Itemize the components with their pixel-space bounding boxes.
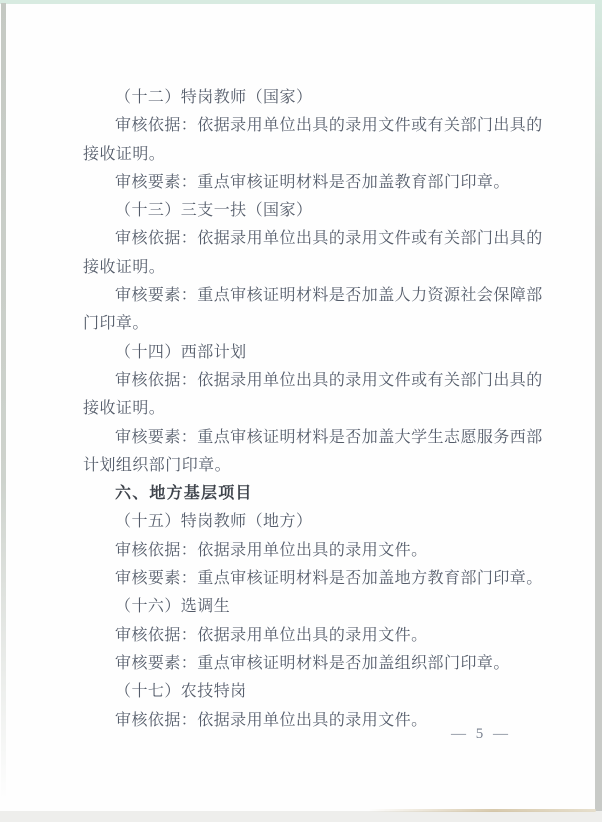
- text-line: 接收证明。: [83, 254, 543, 282]
- text-line: 审核要素：重点审核证明材料是否加盖人力资源社会保障部: [83, 282, 543, 310]
- text-line: 审核依据：依据录用单位出具的录用文件或有关部门出具的: [83, 367, 543, 395]
- text-line: 审核要素：重点审核证明材料是否加盖教育部门印章。: [83, 169, 543, 197]
- text-line: 审核依据：依据录用单位出具的录用文件。: [83, 622, 543, 650]
- text-line: （十六）选调生: [83, 593, 543, 621]
- text-line: 接收证明。: [83, 141, 543, 169]
- scan-edge-top: [0, 0, 602, 4]
- text-line: 审核要素：重点审核证明材料是否加盖组织部门印章。: [83, 650, 543, 678]
- text-line: 计划组织部门印章。: [83, 452, 543, 480]
- text-line: 审核依据：依据录用单位出具的录用文件。: [83, 537, 543, 565]
- text-line: 审核要素：重点审核证明材料是否加盖地方教育部门印章。: [83, 565, 543, 593]
- text-line: 审核依据：依据录用单位出具的录用文件或有关部门出具的: [83, 112, 543, 140]
- scanned-page: { "document": { "lines": [ { "text": "（十…: [0, 0, 602, 822]
- scan-edge-right: [595, 0, 602, 822]
- text-line: （十七）农技特岗: [83, 678, 543, 706]
- text-line: 接收证明。: [83, 395, 543, 423]
- text-line: （十三）三支一扶（国家）: [83, 197, 543, 225]
- text-line: （十五）特岗教师（地方）: [83, 508, 543, 536]
- scan-edge-left: [1, 3, 6, 800]
- document-body: （十二）特岗教师（国家）审核依据：依据录用单位出具的录用文件或有关部门出具的接收…: [83, 84, 543, 735]
- text-line: （十四）西部计划: [83, 339, 543, 367]
- text-line: 审核依据：依据录用单位出具的录用文件或有关部门出具的: [83, 225, 543, 253]
- section-heading: 六、地方基层项目: [83, 480, 543, 508]
- scan-shadow-line: [368, 809, 596, 812]
- scan-edge-bottom: [0, 811, 602, 822]
- page-number: — 5 —: [451, 726, 511, 743]
- text-line: 审核要素：重点审核证明材料是否加盖大学生志愿服务西部: [83, 424, 543, 452]
- text-line: （十二）特岗教师（国家）: [83, 84, 543, 112]
- text-line: 门印章。: [83, 310, 543, 338]
